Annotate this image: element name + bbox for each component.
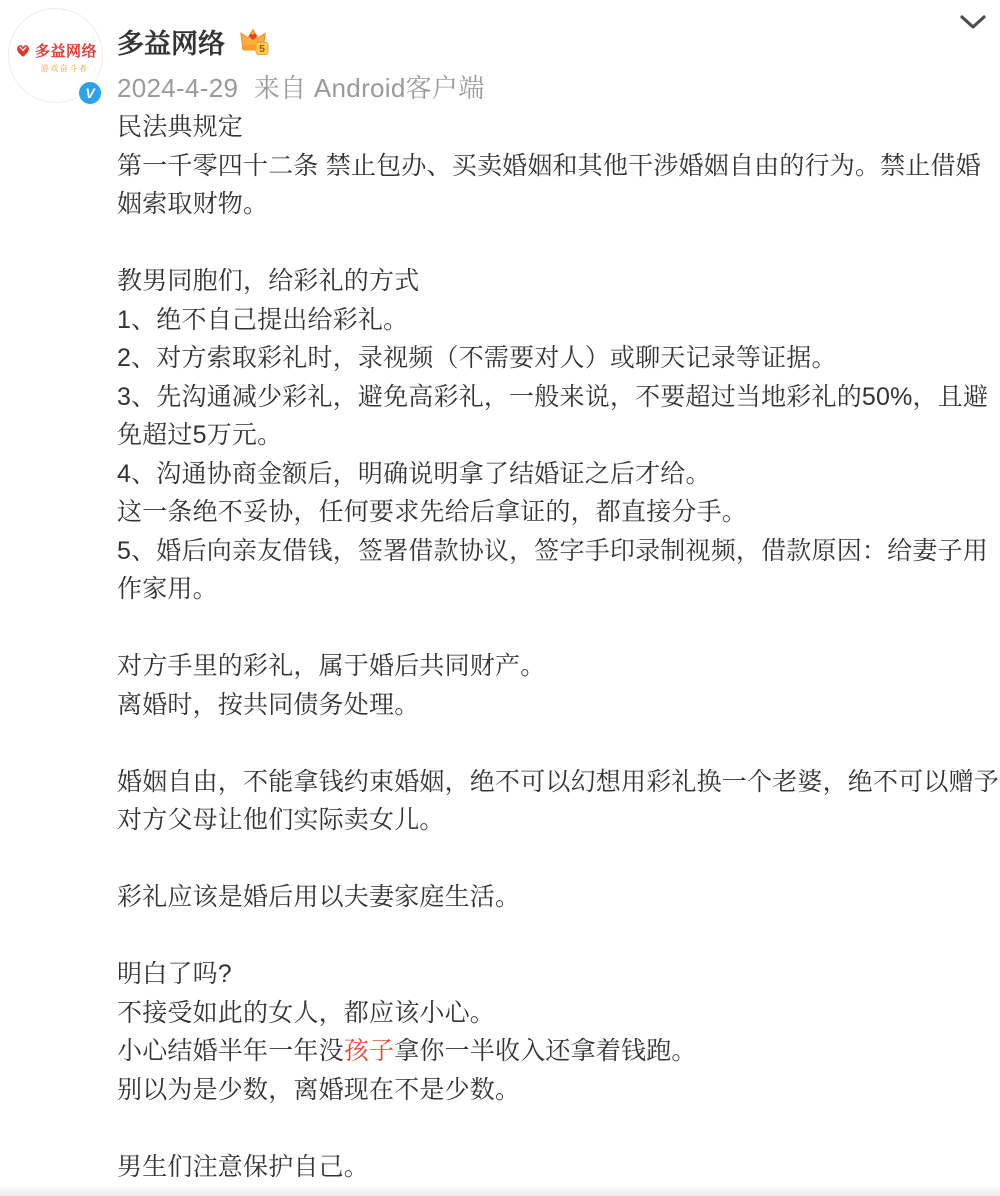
blank-line <box>117 917 987 956</box>
post-source[interactable]: 来自 Android客户端 <box>254 73 485 103</box>
post-text-line: 婚姻自由，不能拿钱约束婚姻，绝不可以幻想用彩礼换一个老婆，绝不可以赠予 <box>117 763 987 802</box>
text-segment: 2、对方索取彩礼时，录视频（不需要对人）或聊天记录等证据。 <box>117 344 837 372</box>
post-text-line: 别以为是少数，离婚现在不是少数。 <box>117 1071 987 1110</box>
blank-line <box>117 224 987 263</box>
text-segment: 别以为是少数，离婚现在不是少数。 <box>117 1076 520 1104</box>
post-text-line: 教男同胞们，给彩礼的方式 <box>117 262 987 301</box>
text-segment: 婚姻自由，不能拿钱约束婚姻，绝不可以幻想用彩礼换一个老婆，绝不可以赠予 <box>117 768 999 796</box>
avatar-brand-name: 多益网络 <box>35 40 97 61</box>
text-segment: 离婚时，按共同债务处理。 <box>117 691 419 719</box>
post-text-line: 不接受如此的女人，都应该小心。 <box>117 994 987 1033</box>
post-meta: 2024-4-29 来自 Android客户端 <box>117 68 485 105</box>
text-segment: 彩礼应该是婚后用以夫妻家庭生活。 <box>117 883 520 911</box>
text-segment: 对方手里的彩礼，属于婚后共同财产。 <box>117 652 545 680</box>
text-segment: 拿你一半收入还拿着钱跑。 <box>394 1037 696 1065</box>
post-content: 民法典规定第一千零四十二条 禁止包办、买卖婚姻和其他干涉婚姻自由的行为。禁止借婚… <box>117 108 987 1186</box>
author-row: 多益网络 5 <box>117 24 269 58</box>
text-segment: 教男同胞们，给彩礼的方式 <box>117 267 419 295</box>
post-text-line: 5、婚后向亲友借钱，签署借款协议，签字手印录制视频，借款原因：给妻子用 <box>117 532 987 571</box>
post-text-line: 1、绝不自己提出给彩礼。 <box>117 301 987 340</box>
text-segment: 5、婚后向亲友借钱，签署借款协议，签字手印录制视频，借款原因：给妻子用 <box>117 537 988 565</box>
card-bottom-divider <box>0 1185 1000 1196</box>
text-segment: 男生们注意保护自己。 <box>117 1153 369 1181</box>
post-text-line: 明白了吗? <box>117 955 987 994</box>
text-segment: 明白了吗? <box>117 960 232 988</box>
post-text-line: 4、沟通协商金额后，明确说明拿了结婚证之后才给。 <box>117 455 987 494</box>
post-text-line: 2、对方索取彩礼时，录视频（不需要对人）或聊天记录等证据。 <box>117 339 987 378</box>
topic-link[interactable]: 孩子 <box>344 1037 394 1065</box>
text-segment: 这一条绝不妥协，任何要求先给后拿证的，都直接分手。 <box>117 498 747 526</box>
brand-heart-icon <box>14 41 32 59</box>
text-segment: 免超过5万元。 <box>117 421 282 449</box>
post-text-line: 离婚时，按共同债务处理。 <box>117 686 987 725</box>
text-segment: 1、绝不自己提出给彩礼。 <box>117 306 408 334</box>
post-text-line: 小心结婚半年一年没孩子拿你一半收入还拿着钱跑。 <box>117 1032 987 1071</box>
post-text-line: 3、先沟通减少彩礼，避免高彩礼，一般来说，不要超过当地彩礼的50%，且避 <box>117 378 987 417</box>
text-segment: 民法典规定 <box>117 113 243 141</box>
post-text-line: 免超过5万元。 <box>117 416 987 455</box>
avatar[interactable]: 多益网络 游戏奋斗者 V <box>8 8 105 105</box>
vip-crown-icon[interactable]: 5 <box>237 25 269 57</box>
text-segment: 小心结婚半年一年没 <box>117 1037 344 1065</box>
chevron-down-icon[interactable] <box>959 14 987 32</box>
svg-text:5: 5 <box>259 43 265 55</box>
text-segment: 3、先沟通减少彩礼，避免高彩礼，一般来说，不要超过当地彩礼的50%，且避 <box>117 383 988 411</box>
post-text-line: 彩礼应该是婚后用以夫妻家庭生活。 <box>117 878 987 917</box>
text-segment: 不接受如此的女人，都应该小心。 <box>117 999 495 1027</box>
blank-line <box>117 724 987 763</box>
post-text-line: 男生们注意保护自己。 <box>117 1148 987 1187</box>
text-segment: 第一千零四十二条 禁止包办、买卖婚姻和其他干涉婚姻自由的行为。禁止借婚 <box>117 152 981 180</box>
text-segment: 姻索取财物。 <box>117 190 268 218</box>
text-segment: 对方父母让他们实际卖女儿。 <box>117 806 445 834</box>
post-text-line: 对方父母让他们实际卖女儿。 <box>117 801 987 840</box>
post-text-line: 这一条绝不妥协，任何要求先给后拿证的，都直接分手。 <box>117 493 987 532</box>
post-text-line: 第一千零四十二条 禁止包办、买卖婚姻和其他干涉婚姻自由的行为。禁止借婚 <box>117 147 987 186</box>
post-text-line: 对方手里的彩礼，属于婚后共同财产。 <box>117 647 987 686</box>
text-segment: 4、沟通协商金额后，明确说明拿了结婚证之后才给。 <box>117 460 711 488</box>
weibo-post-card: 多益网络 游戏奋斗者 V 多益网络 5 2024-4-29 来自 Android… <box>0 0 1000 1196</box>
avatar-brand-tagline: 游戏奋斗者 <box>41 63 89 74</box>
post-text-line: 民法典规定 <box>117 108 987 147</box>
post-text-line: 作家用。 <box>117 570 987 609</box>
author-name[interactable]: 多益网络 <box>117 22 225 61</box>
blank-line <box>117 609 987 648</box>
blank-line <box>117 1109 987 1148</box>
post-text-line: 姻索取财物。 <box>117 185 987 224</box>
verified-badge-icon: V <box>76 79 104 107</box>
blank-line <box>117 840 987 879</box>
post-timestamp[interactable]: 2024-4-29 <box>117 73 238 103</box>
text-segment: 作家用。 <box>117 575 218 603</box>
